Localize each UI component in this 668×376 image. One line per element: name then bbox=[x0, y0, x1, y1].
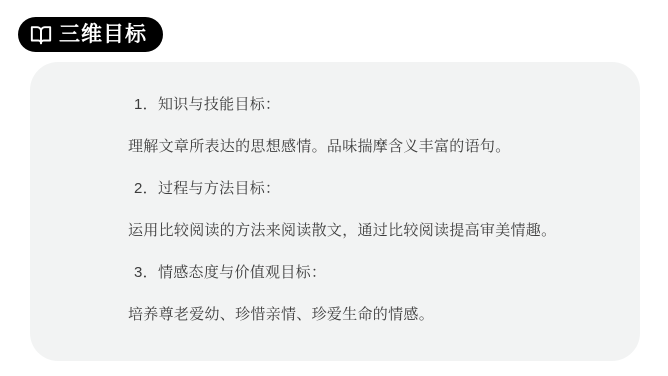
slide: 三维目标 1．知识与技能目标： 理解文章所表达的思想感情。品味揣摩含义丰富的语句… bbox=[0, 0, 668, 376]
section-title-badge: 三维目标 bbox=[18, 17, 163, 52]
objective-2-body: 运用比较阅读的方法来阅读散文，通过比较阅读提高审美情趣。 bbox=[128, 210, 620, 252]
section-title: 三维目标 bbox=[59, 24, 147, 45]
open-book-icon bbox=[30, 24, 52, 46]
objective-1-heading: 1．知识与技能目标： bbox=[128, 84, 620, 126]
objective-3-heading: 3．情感态度与价值观目标： bbox=[128, 252, 620, 294]
objectives-panel: 1．知识与技能目标： 理解文章所表达的思想感情。品味揣摩含义丰富的语句。 2．过… bbox=[30, 62, 640, 361]
objective-3-body: 培养尊老爱幼、珍惜亲情、珍爱生命的情感。 bbox=[128, 294, 620, 336]
objective-2-heading: 2．过程与方法目标： bbox=[128, 168, 620, 210]
objective-1-body: 理解文章所表达的思想感情。品味揣摩含义丰富的语句。 bbox=[128, 126, 620, 168]
objectives-list: 1．知识与技能目标： 理解文章所表达的思想感情。品味揣摩含义丰富的语句。 2．过… bbox=[128, 84, 620, 336]
